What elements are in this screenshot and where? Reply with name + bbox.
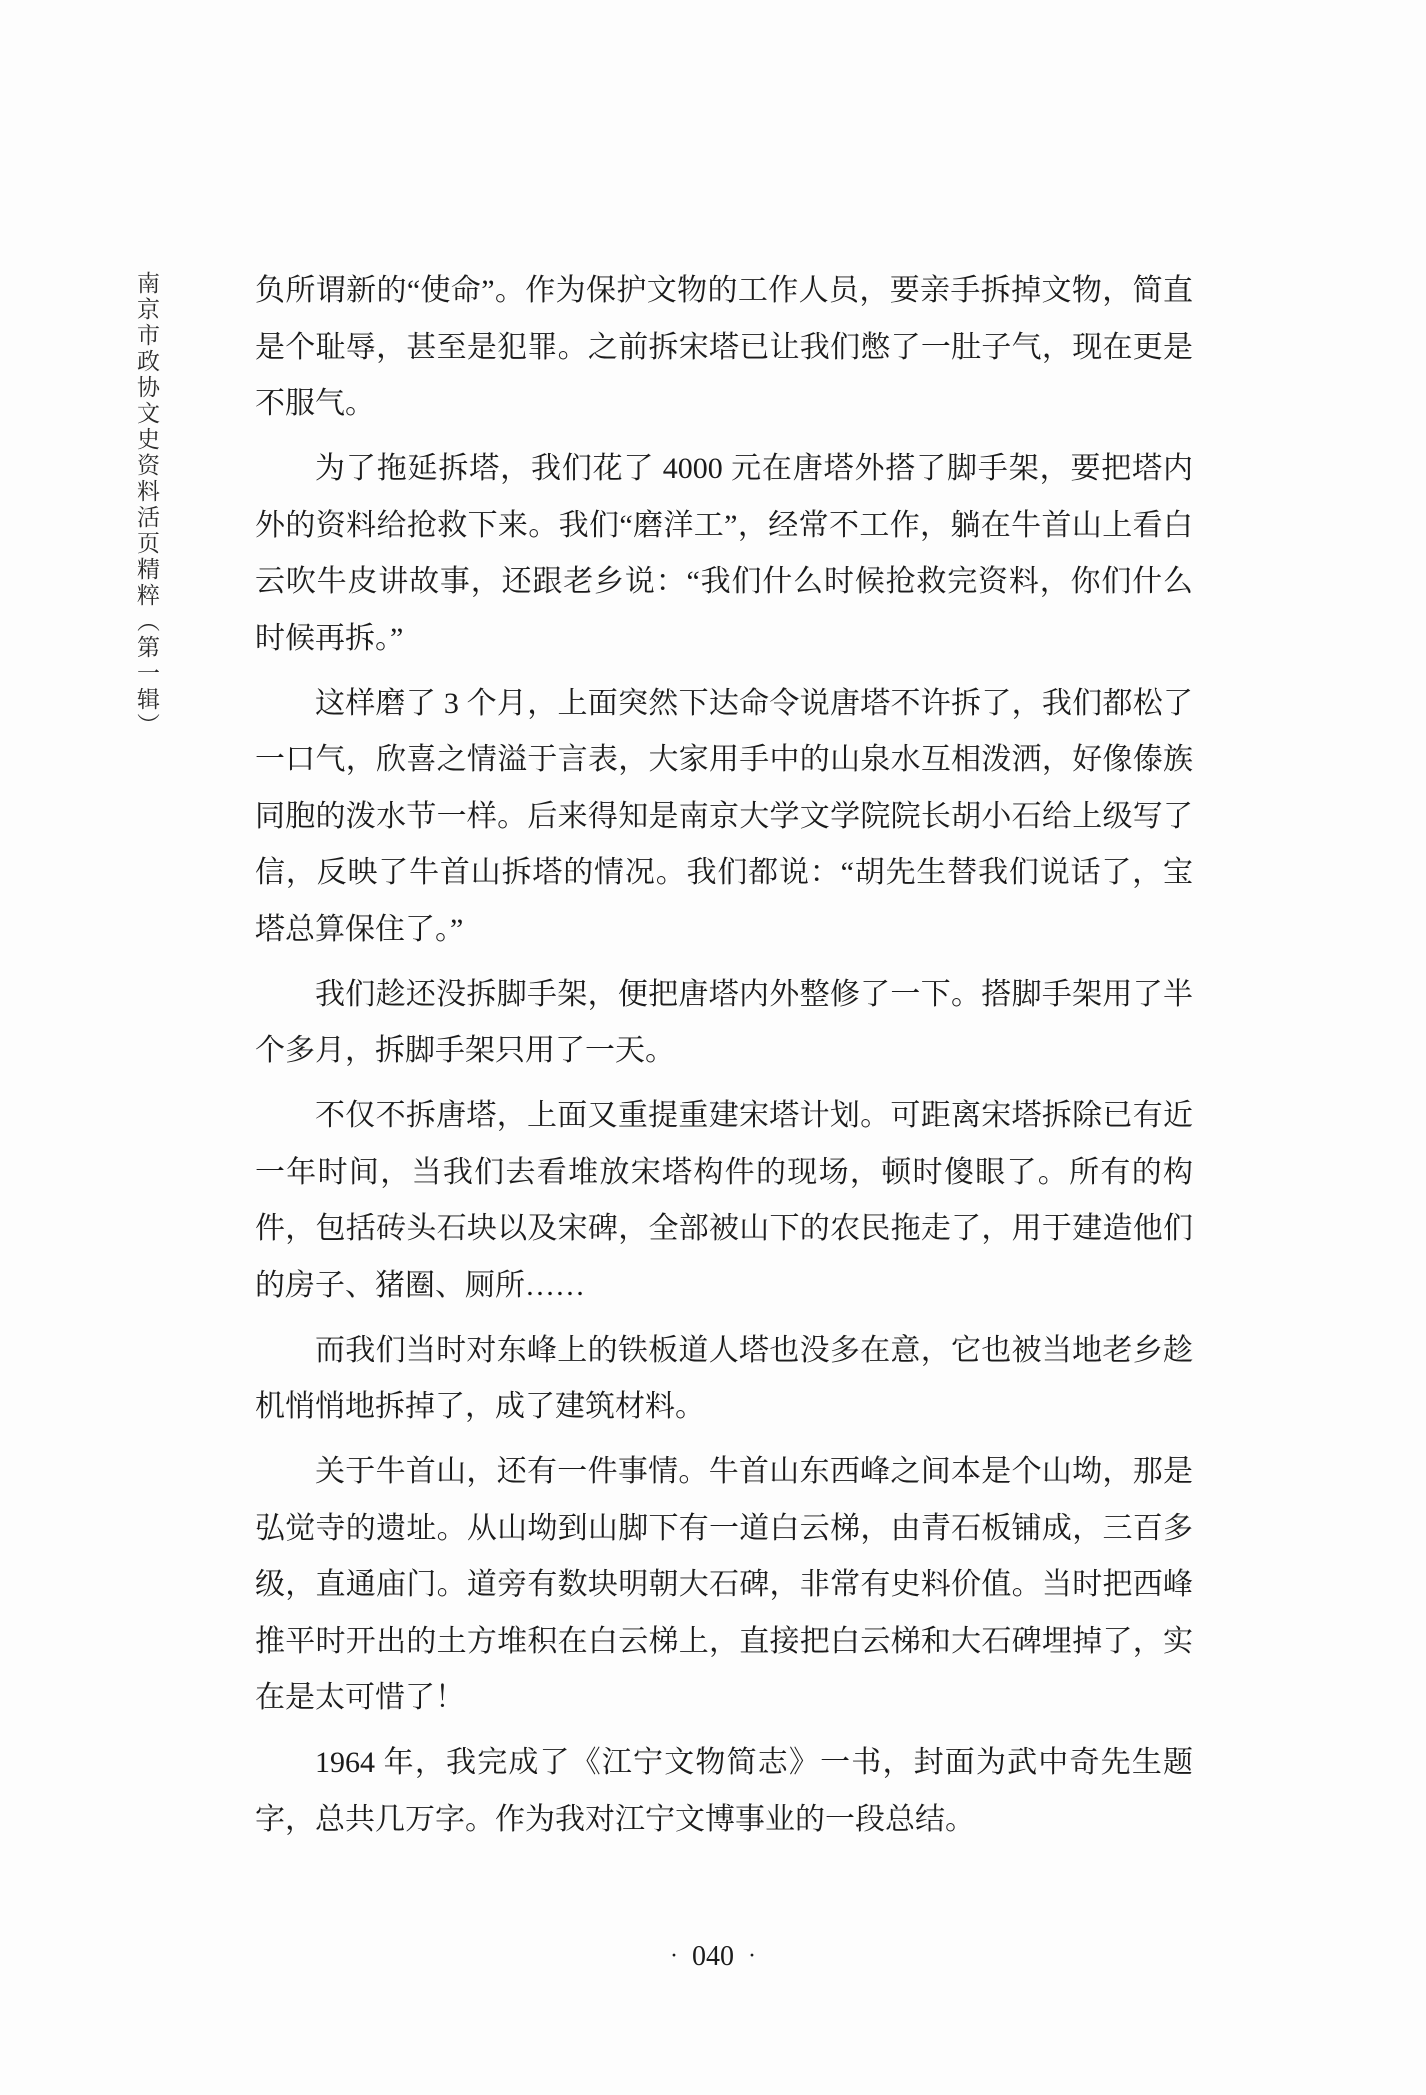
body-text: 负所谓新的“使命”。作为保护文物的工作人员，要亲手拆掉文物，简直是个耻辱，甚至是…: [255, 263, 1193, 1857]
paragraph: 我们趁还没拆脚手架，便把唐塔内外整修了一下。搭脚手架用了半个多月，拆脚手架只用了…: [255, 967, 1193, 1080]
paragraph: 为了拖延拆塔，我们花了 4000 元在唐塔外搭了脚手架，要把塔内外的资料给抢救下…: [255, 441, 1193, 667]
paragraph: 而我们当时对东峰上的铁板道人塔也没多在意，它也被当地老乡趁机悄悄地拆掉了，成了建…: [255, 1323, 1193, 1436]
page-number: ·040·: [0, 1941, 1426, 1973]
paragraph: 这样磨了 3 个月，上面突然下达命令说唐塔不许拆了，我们都松了一口气，欣喜之情溢…: [255, 676, 1193, 959]
folio-number: 040: [692, 1941, 734, 1972]
spine-title: 南京市政协文史资料活页精粹（第一辑）: [130, 271, 163, 739]
paragraph: 关于牛首山，还有一件事情。牛首山东西峰之间本是个山坳，那是弘觉寺的遗址。从山坳到…: [255, 1444, 1193, 1727]
paragraph: 不仅不拆唐塔，上面又重提重建宋塔计划。可距离宋塔拆除已有近一年时间，当我们去看堆…: [255, 1088, 1193, 1314]
paragraph: 1964 年，我完成了《江宁文物简志》一书，封面为武中奇先生题字，总共几万字。作…: [255, 1735, 1193, 1848]
book-page: 南京市政协文史资料活页精粹（第一辑） 负所谓新的“使命”。作为保护文物的工作人员…: [0, 0, 1426, 2095]
paragraph: 负所谓新的“使命”。作为保护文物的工作人员，要亲手拆掉文物，简直是个耻辱，甚至是…: [255, 263, 1193, 433]
folio-dot-left: ·: [670, 1943, 678, 1969]
folio-dot-right: ·: [748, 1943, 756, 1969]
